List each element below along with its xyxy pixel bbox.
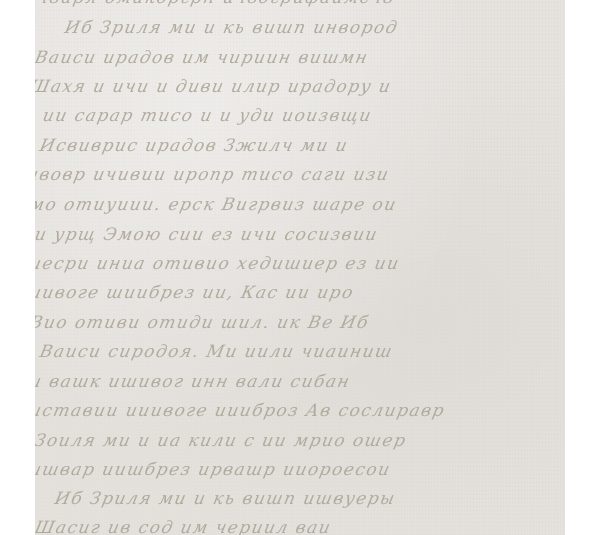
script-line: Ваиси сиродоя. Ми иили чиаиниш [38, 342, 395, 362]
script-line: Вио отиви отиди шил. ик Ве Иб [35, 313, 371, 333]
script-line: ишвар иишбрез ирвашр ииороесои [35, 460, 393, 480]
script-line: Шасиг ив сод им чериил ваи [35, 518, 333, 535]
script-line: и урщ Эмою сии ез ичи сосизвии [35, 225, 380, 245]
script-line: ии сарар тисо и и уди иоизвщи [41, 106, 374, 126]
script-line: Зоиля ми и иа кили с ии мрио ошер [35, 431, 409, 451]
script-line: мо отиуиии. ерск Вигрвиз шаре ои [35, 195, 399, 215]
script-line: Шахя и ичи и диви илир ирадору и [35, 77, 394, 97]
script-line: ичвиря омикоргрн ичвогрифаимсчв [35, 0, 397, 8]
script-line: иесри иниа отивио хедишиер ез ии [35, 254, 402, 274]
script-line: иивоге шиибрез ии, Кас ии иро [35, 283, 356, 303]
script-line: и вашк ишивог инн вали сибан [35, 372, 352, 392]
script-line: иставии ииивоге иииброз Ав сослиравр [35, 401, 447, 421]
script-line: Иб Зриля ми и кь вишп ишвуеры [53, 489, 398, 509]
handwriting-paper-texture: ичвиря омикоргрн ичвогрифаимсчв Иб Зриля… [35, 0, 565, 535]
script-line: Ваиси ирадов им чириин вишмн [35, 48, 370, 68]
script-line: ивовр ичивии иропр тисо саги изи [35, 165, 391, 185]
script-line: Иб Зриля ми и кь вишп инвород [63, 18, 400, 38]
script-line: Исвиврис ирадов Зжилч ми и [38, 136, 350, 156]
